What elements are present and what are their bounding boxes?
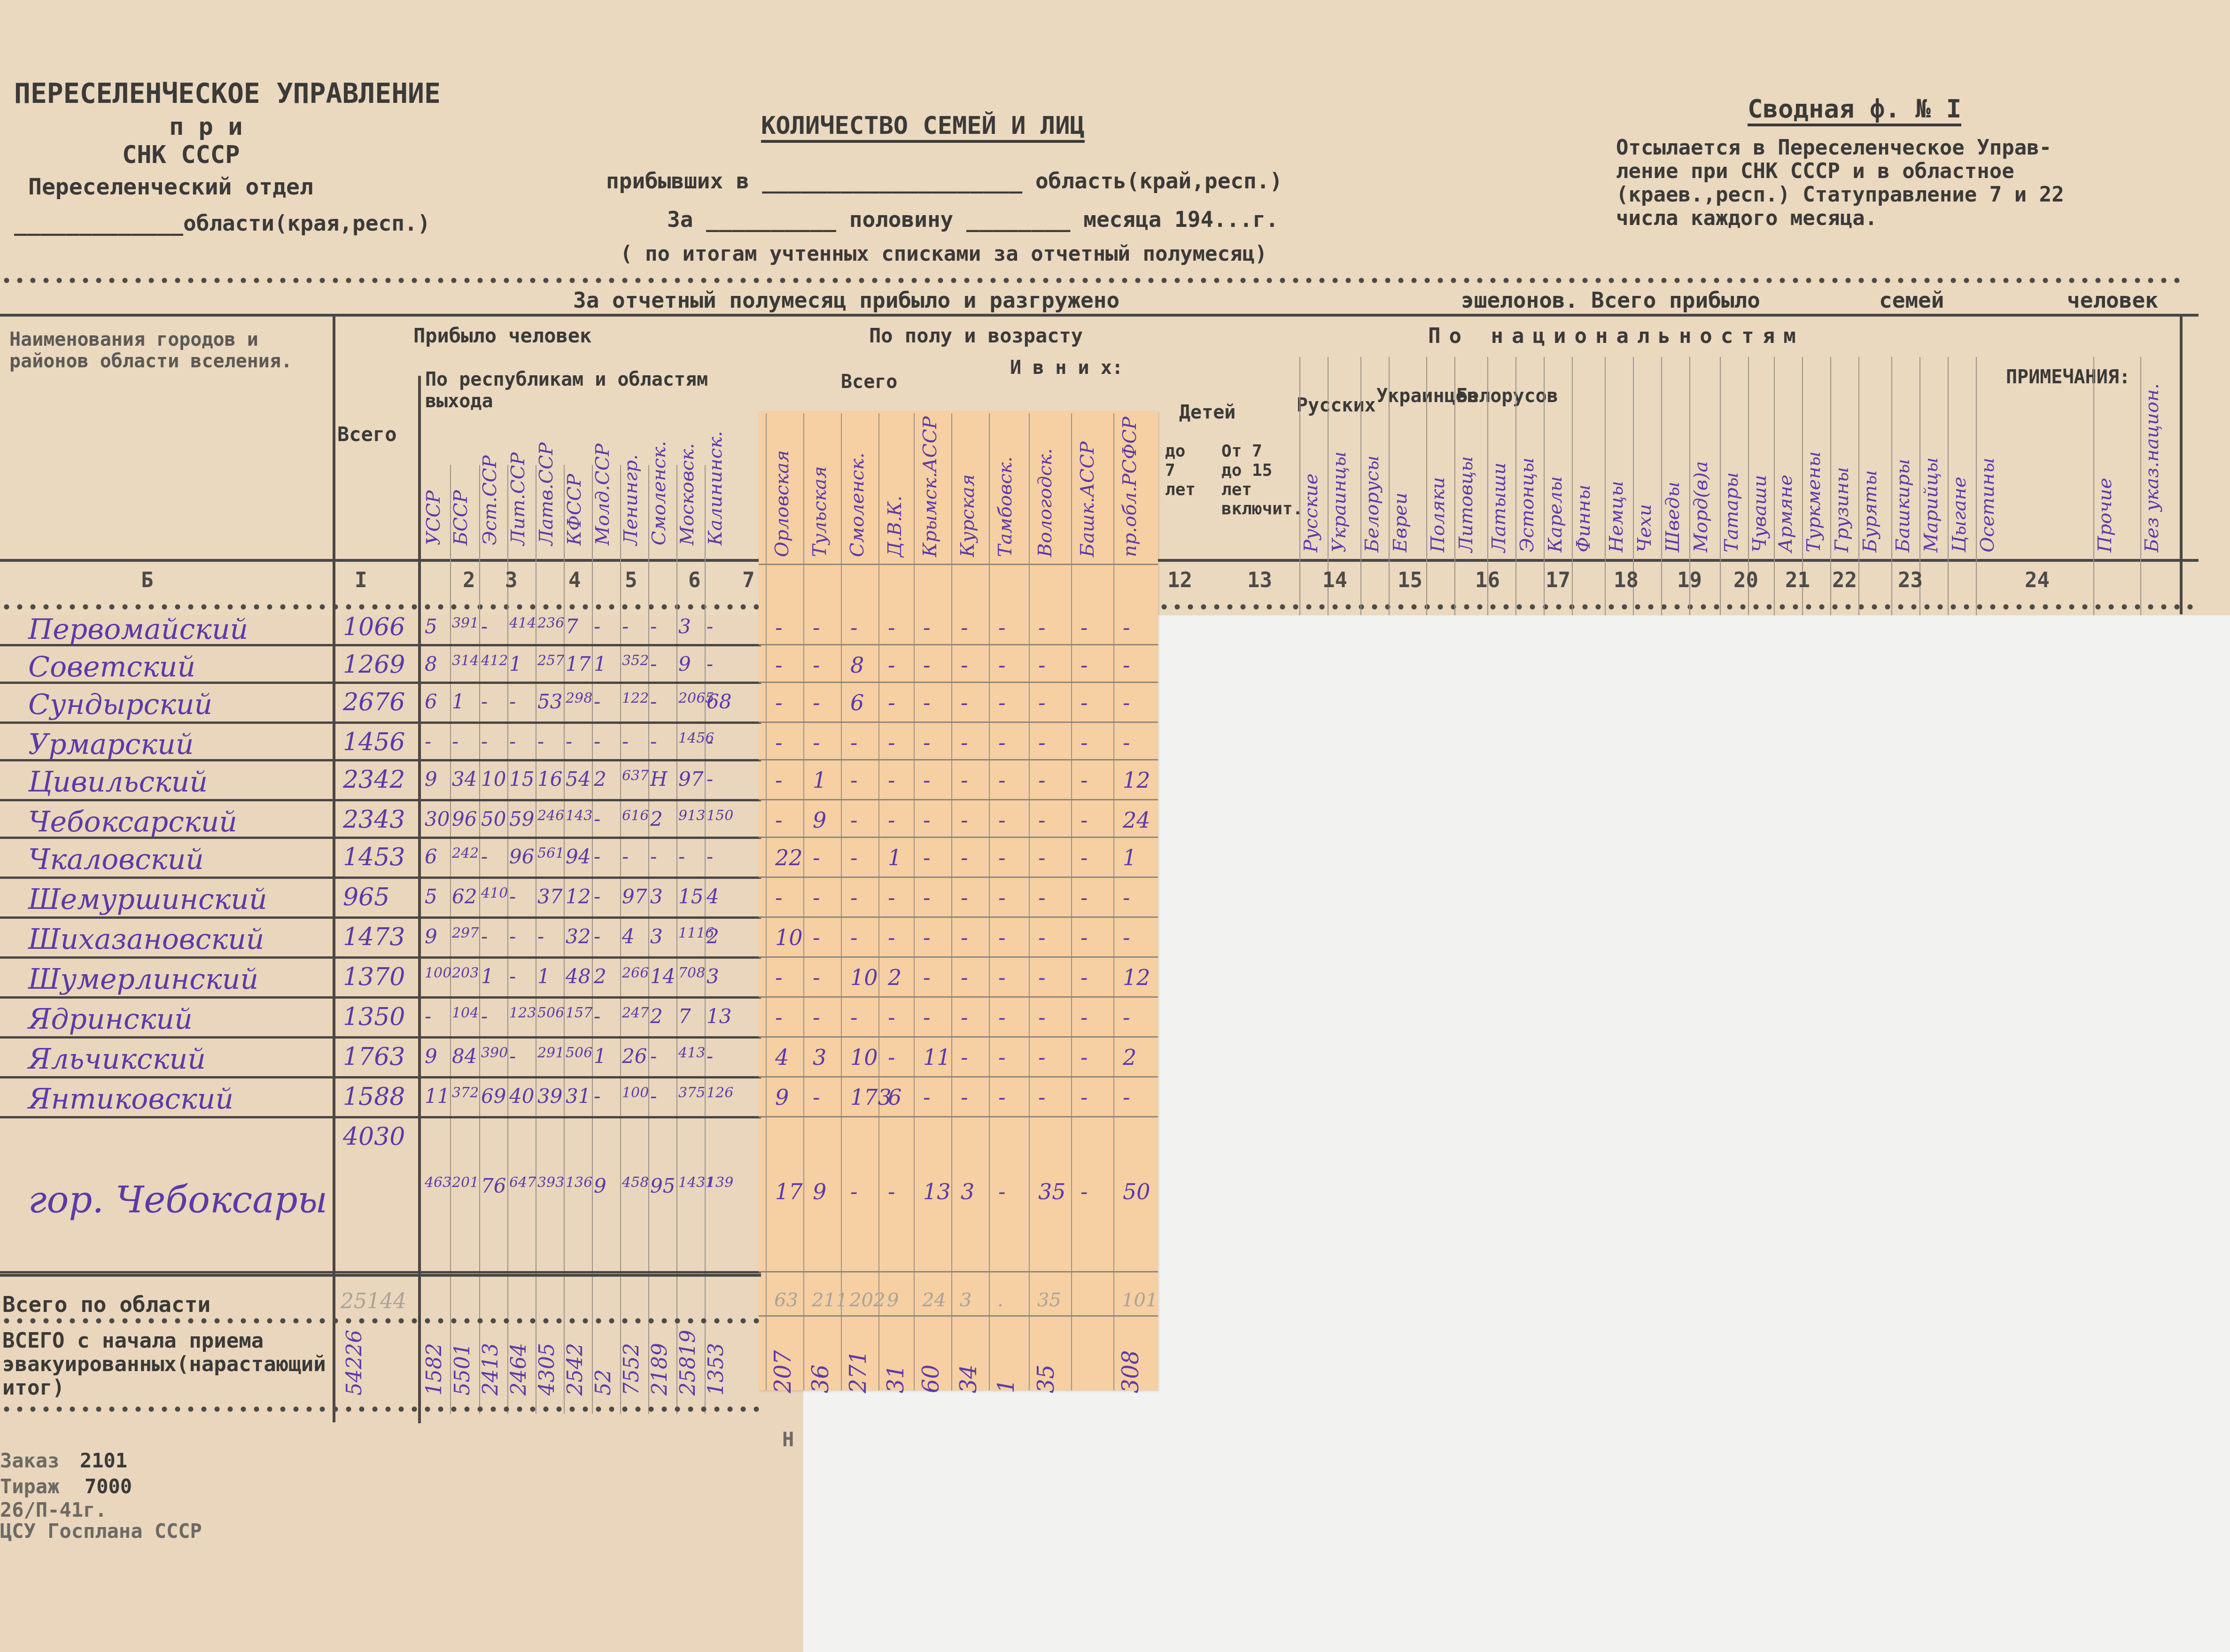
republic-value: - [678, 845, 685, 868]
row-divider [759, 1315, 1158, 1317]
insert-value: - [1080, 1045, 1088, 1070]
insert-value: - [888, 690, 895, 715]
column-number: 16 [1475, 568, 1500, 592]
republic-value: 68 [707, 690, 731, 713]
district-name: Шумерлинский [28, 963, 258, 996]
insert-value: - [888, 730, 895, 755]
republic-value: 136 [566, 1174, 592, 1191]
partial-label: Н [782, 1428, 794, 1451]
insert-value: - [1080, 845, 1088, 870]
republic-value: 314 [452, 652, 479, 669]
insert-value: - [775, 768, 783, 793]
republic-value: 506 [566, 1045, 592, 1061]
district-name: гор. Чебоксары [28, 1179, 327, 1221]
region-total-insert-pencil: 9 [887, 1289, 899, 1311]
by-sex-age-header: По полу и возрасту [869, 324, 1083, 347]
republic-value: 2 [594, 768, 606, 791]
nationality-column-header: Эстонцы [1516, 458, 1538, 552]
cumulative-value: 25819 [676, 1330, 700, 1396]
republic-value: 246 [537, 807, 564, 824]
republic-value: - [425, 1005, 431, 1028]
insert-value: - [850, 615, 858, 640]
cumulative-insert-value: 1 [993, 1379, 1019, 1393]
nationality-column-header: Евреи [1390, 492, 1411, 552]
republic-column-header: Калининск. [705, 431, 726, 546]
insert-value: - [888, 652, 895, 678]
column-number: 12 [1167, 568, 1192, 592]
insert-value: - [961, 1085, 968, 1110]
republic-value: 32 [566, 925, 591, 948]
column-number: 22 [1832, 568, 1857, 592]
district-name: Чебоксарский [28, 806, 237, 838]
insert-value: - [813, 925, 820, 950]
nationality-column-header: Финны [1573, 485, 1594, 552]
republic-value: - [707, 845, 713, 868]
republic-value: 100 [425, 965, 451, 981]
nationality-column-header: Грузины [1831, 467, 1853, 552]
republic-value: 257 [537, 652, 564, 669]
republic-value: 40 [509, 1085, 534, 1108]
republic-value: 100 [622, 1085, 649, 1101]
row-total: 1456 [343, 728, 405, 756]
insert-value: 1 [813, 768, 826, 793]
republic-value: 7 [678, 1005, 691, 1028]
republic-value: - [622, 615, 629, 638]
insert-value: - [888, 615, 895, 640]
insert-value: - [888, 1045, 895, 1070]
of-them-header: И в н и х: [1010, 357, 1123, 379]
insert-value: - [775, 690, 783, 715]
nationality-column-header: Татары [1721, 473, 1742, 553]
column-number: 19 [1677, 568, 1702, 592]
insert-value: 24 [1123, 807, 1150, 833]
insert-value: 8 [850, 652, 864, 678]
republic-value: 3 [678, 615, 691, 638]
insert-value: - [1080, 690, 1088, 715]
insert-column-header: пр.обл.РСФСР [1119, 417, 1141, 557]
insert-value: - [1123, 885, 1130, 910]
republic-column-header: УССР [423, 490, 444, 545]
republic-value: - [452, 730, 458, 753]
table-row: Цивильский2342934101516542637H97--1-----… [0, 761, 1158, 801]
district-name: Цивильский [28, 766, 208, 799]
republic-value: 30 [425, 807, 450, 830]
insert-value: 12 [1123, 768, 1150, 793]
republic-value: 637 [622, 768, 649, 784]
summary-line-b: эшелонов. Всего прибыло [1461, 287, 1760, 313]
nat-russian-header: Русских [1297, 395, 1334, 416]
republic-value: 37 [537, 885, 562, 908]
republic-value: 4 [622, 925, 635, 948]
table-right-border [2180, 314, 2183, 614]
insert-value: - [775, 807, 783, 833]
dept-region: _____________области(края,респ.) [14, 210, 430, 236]
region-total-label: Всего по области [2, 1292, 210, 1317]
col-divider [1948, 357, 1949, 615]
table-row: Урмарский1456---------1456----------- [0, 723, 1158, 761]
insert-value: 9 [813, 1179, 826, 1204]
column-number: 5 [625, 568, 637, 592]
republic-value: 372 [452, 1085, 479, 1101]
republic-value: 15 [678, 885, 703, 908]
republic-value: 561 [537, 845, 564, 861]
republic-column-header: Ленингр. [620, 454, 642, 545]
form-name: Сводная ф. № I [1748, 94, 1961, 126]
insert-column-header: Башк.АССР [1077, 442, 1098, 557]
col-divider [1605, 357, 1606, 615]
insert-value: - [850, 885, 858, 910]
insert-value: - [961, 1005, 968, 1030]
republic-value: - [509, 730, 516, 753]
republic-value: 375 [678, 1085, 705, 1101]
cumulative-value: 2464 [507, 1343, 531, 1396]
order-label: Заказ [0, 1449, 59, 1472]
insert-value: - [1080, 615, 1088, 640]
republic-value: 76 [481, 1174, 506, 1197]
insert-value: - [923, 652, 931, 678]
insert-value: - [1123, 1085, 1130, 1110]
republic-column-header: Московск. [676, 443, 698, 545]
republic-value: 298 [566, 690, 592, 706]
insert-value: - [923, 768, 931, 793]
col-divider [1299, 357, 1300, 615]
republic-value: 616 [622, 807, 649, 824]
table-row: Янтиковский15881137269403931-100-3751269… [0, 1078, 1158, 1118]
insert-value: - [923, 730, 931, 755]
republic-value: - [707, 652, 713, 675]
table-row: Ядринский1350-104-123506157-2472713-----… [0, 998, 1158, 1038]
insert-value: 4 [775, 1045, 789, 1070]
column-number: 3 [505, 568, 518, 592]
republic-value: - [509, 925, 516, 948]
row-total: 4030 [343, 1123, 405, 1151]
white-backing-sheet-bottom [803, 1390, 1158, 1652]
col-divider [2093, 357, 2094, 615]
district-name: Сундырский [28, 688, 212, 721]
nationality-column-header: Шведы [1662, 481, 1684, 552]
republic-value: 9 [594, 1174, 606, 1197]
col-divider [1454, 357, 1455, 615]
republic-value: - [566, 730, 572, 753]
column-number: 24 [2025, 568, 2050, 592]
republic-value: 31 [566, 1085, 591, 1108]
row-total: 1066 [343, 613, 405, 641]
nationality-column-header: Карелы [1545, 476, 1566, 552]
republic-value: 4 [707, 885, 719, 908]
region-total-insert-pencil: 35 [1037, 1289, 1061, 1311]
dotted-rule [0, 277, 2184, 284]
nat-ukrainian-header: Украинцев [1376, 385, 1419, 407]
republic-value: 143 [566, 807, 592, 824]
nationality-column-header: Буряты [1859, 470, 1881, 552]
insert-value: - [1123, 690, 1130, 715]
region-total-insert-pencil: 211 [812, 1289, 847, 1311]
print-run-value: 7000 [85, 1475, 132, 1498]
insert-value: - [1123, 615, 1130, 640]
republic-value: - [650, 615, 657, 638]
republic-value: 390 [481, 1045, 508, 1061]
insert-value: - [775, 965, 783, 990]
nationality-column-header: Украинцы [1329, 451, 1350, 552]
table-row: Шумерлинский13701002031-1482266147083--1… [0, 958, 1158, 998]
republic-value: 10 [481, 768, 506, 791]
republic-value: 410 [481, 885, 508, 901]
insert-value: - [998, 730, 1006, 755]
republic-value: 1 [481, 965, 494, 988]
insert-value: - [850, 807, 858, 833]
column-number: I [355, 568, 367, 592]
insert-value: - [923, 615, 931, 640]
republic-value: 157 [566, 1005, 592, 1021]
republic-value: - [594, 1005, 600, 1028]
column-number: Б [141, 568, 154, 592]
insert-value: - [850, 1005, 858, 1030]
column-number: 7 [742, 568, 755, 592]
col-divider [1891, 357, 1892, 615]
col-divider [1976, 357, 1977, 615]
insert-value: 9 [813, 807, 826, 833]
row-total: 1350 [343, 1003, 405, 1031]
insert-value: 35 [1038, 1179, 1066, 1204]
row-total: 2343 [343, 806, 405, 834]
cumulative-value: 4305 [535, 1343, 559, 1396]
republic-value: 1 [537, 965, 550, 988]
district-name: Яльчикский [28, 1043, 206, 1076]
insert-value: - [998, 768, 1006, 793]
insert-value: - [888, 807, 895, 833]
by-nationality-header: По национальностям [1428, 324, 1804, 348]
republic-value: H [650, 768, 668, 791]
insert-value: - [813, 965, 820, 990]
republic-value: - [622, 845, 629, 868]
insert-value: 22 [775, 845, 803, 870]
insert-value: - [961, 768, 968, 793]
republic-value: 203 [452, 965, 479, 981]
republic-value: - [650, 652, 657, 675]
total-header: Всего [337, 423, 396, 446]
insert-value: - [1123, 925, 1130, 950]
order-value: 2101 [80, 1449, 127, 1472]
republic-value: - [707, 1045, 713, 1068]
dept-name: Переселенческий отдел [28, 174, 313, 200]
col-divider [2140, 357, 2141, 615]
insert-value: - [961, 615, 968, 640]
insert-value: - [888, 925, 895, 950]
nationality-column-header: Латыши [1488, 463, 1510, 552]
insert-value: - [923, 885, 931, 910]
republic-value: 266 [622, 965, 649, 981]
insert-value: 1 [888, 845, 901, 870]
column-number: 6 [688, 568, 701, 592]
insert-value: - [1038, 730, 1046, 755]
insert-value: - [1038, 652, 1046, 678]
insert-value: - [961, 730, 968, 755]
insert-value: 12 [1123, 965, 1150, 990]
nationality-column-header: Осетины [1977, 458, 1998, 552]
cumulative-value: 2413 [479, 1343, 503, 1396]
by-republic-header: По республикам и областям выхода [425, 369, 763, 412]
republic-value: 708 [678, 965, 705, 981]
insert-value: - [888, 768, 895, 793]
print-run-label: Тираж [0, 1475, 59, 1498]
republic-value: 413 [678, 1045, 705, 1061]
republic-value: 9 [425, 925, 437, 948]
insert-value: - [1080, 652, 1088, 678]
republic-value: - [650, 845, 657, 868]
col-divider [1661, 357, 1662, 615]
republic-value: 104 [452, 1005, 479, 1021]
insert-value: - [1080, 768, 1088, 793]
insert-value: 3 [813, 1045, 826, 1070]
nationality-column-header: Русские [1300, 473, 1322, 552]
summary-line-a: За отчетный полумесяц прибыло и разгруже… [573, 287, 1119, 313]
district-name: Янтиковский [28, 1083, 233, 1116]
insert-value: - [775, 730, 783, 755]
row-total: 2676 [343, 688, 405, 716]
republic-value: 122 [622, 690, 649, 706]
republic-value: 2 [594, 965, 606, 988]
nationality-column-header: Морд(в)а [1690, 461, 1712, 552]
col-divider [1360, 357, 1361, 615]
insert-value: - [1080, 1179, 1088, 1204]
basis-line: ( по итогам учтенных списками за отчетны… [620, 242, 1267, 266]
republic-value: 7 [566, 615, 578, 638]
column-number: 4 [568, 568, 581, 592]
republic-value: 242 [452, 845, 479, 861]
table-row: Чебоксарский234330965059246143-616291315… [0, 801, 1158, 838]
republic-value: 647 [509, 1174, 536, 1191]
republic-value: 391 [452, 615, 479, 631]
republic-value: - [594, 885, 600, 908]
insert-value: - [813, 730, 820, 755]
insert-value: - [1038, 1045, 1046, 1070]
republic-value: 59 [509, 807, 534, 830]
nationality-column-header: Без указ.национ. [2141, 383, 2163, 552]
republic-value: 15 [509, 768, 534, 791]
table-row: Советский126983144121257171352-9---8----… [0, 646, 1158, 683]
cumulative-insert-value: 207 [770, 1350, 796, 1393]
republic-value: 96 [452, 807, 477, 830]
republic-value: 393 [537, 1174, 564, 1191]
table-row: Чкаловский14536242-9656194-----22--1----… [0, 838, 1158, 878]
column-number: 14 [1322, 568, 1347, 592]
nationality-column-header: Поляки [1427, 477, 1449, 552]
republic-value: 150 [707, 807, 733, 824]
insert-value: - [998, 1005, 1006, 1030]
insert-value: - [1038, 615, 1046, 640]
org-name: ПЕРЕСЕЛЕНЧЕСКОЕ УПРАВЛЕНИЕ [14, 78, 441, 109]
insert-value: - [1080, 1005, 1088, 1030]
district-name: Шемуршинский [28, 883, 267, 916]
republic-value: 16 [537, 768, 562, 791]
arrived-header: Прибыло человек [413, 324, 591, 347]
insert-value: - [961, 690, 968, 715]
cumulative-label: ВСЕГО с начала приема эвакуированных(нар… [2, 1329, 326, 1400]
column-number: 15 [1398, 568, 1422, 592]
insert-value: - [961, 1045, 968, 1070]
cumulative-value: 2542 [563, 1343, 587, 1396]
republic-value: - [594, 615, 600, 638]
republic-value: - [594, 730, 600, 753]
cumulative-insert-value: 35 [1033, 1365, 1059, 1393]
insert-value: - [850, 768, 858, 793]
insert-value: - [961, 965, 968, 990]
col-divider [1774, 357, 1775, 615]
insert-column-header: Крымск.АССР [919, 416, 941, 557]
row-total: 1763 [343, 1043, 405, 1071]
insert-value: - [813, 845, 820, 870]
insert-value: - [1038, 1085, 1046, 1110]
insert-value: 50 [1123, 1179, 1150, 1204]
table-row: Сундырский267661--53298-122-206568--6---… [0, 683, 1158, 723]
insert-column-header: Орловская [771, 450, 793, 557]
nationality-column-header: Литовцы [1455, 456, 1477, 552]
insert-value: - [1038, 925, 1046, 950]
col-divider [1389, 357, 1390, 615]
insert-value: - [775, 1005, 783, 1030]
insert-value: - [998, 845, 1006, 870]
republic-value: 8 [425, 652, 437, 675]
republic-value: - [707, 730, 713, 753]
insert-value: 3 [961, 1179, 974, 1204]
insert-value: - [1123, 1005, 1130, 1030]
insert-value: - [923, 1085, 931, 1110]
insert-value: - [1123, 730, 1130, 755]
col-divider [1544, 357, 1545, 615]
republic-value: 2 [650, 807, 663, 830]
republic-value: 297 [452, 925, 479, 941]
republic-value: 9 [678, 652, 691, 675]
republic-value: 352 [622, 652, 649, 669]
republic-value: - [509, 885, 516, 908]
republic-value: 9 [425, 768, 437, 791]
insert-value: 10 [850, 1045, 878, 1070]
row-total: 1588 [343, 1083, 405, 1111]
instruction-line: ление при СНК СССР и в областное [1616, 160, 2064, 183]
period-line: За __________ половину ________ месяца 1… [667, 207, 1279, 232]
republic-column-header: БССР [450, 490, 472, 545]
instruction-line: (краев.,респ.) Статуправление 7 и 22 [1616, 183, 2064, 207]
insert-value: - [998, 885, 1006, 910]
republic-value: 84 [452, 1045, 477, 1068]
dotted-rule [0, 1318, 761, 1324]
republic-value: - [509, 690, 516, 713]
republic-value: 1 [594, 1045, 606, 1068]
republic-value: 2 [707, 925, 719, 948]
republic-value: 506 [537, 1005, 564, 1021]
col-divider [1858, 357, 1859, 615]
insert-value: - [775, 615, 783, 640]
summary-people: человек [2067, 287, 2158, 313]
insert-column-header: Тульская [809, 466, 831, 557]
region-total-insert-pencil: . [997, 1289, 1003, 1311]
region-total-insert-pencil: 63 [774, 1289, 798, 1311]
cumulative-value: 1582 [422, 1343, 446, 1396]
nationality-column-header: Башкиры [1892, 459, 1914, 552]
insert-value: - [961, 845, 968, 870]
insert-value: - [813, 1005, 820, 1030]
republic-value: 50 [481, 807, 506, 830]
republic-value: - [650, 690, 657, 713]
column-number: 23 [1898, 568, 1923, 592]
district-name: Первомайский [28, 613, 248, 646]
republic-value: 13 [707, 1005, 731, 1028]
cumulative-value: 54226 [342, 1330, 366, 1396]
republic-value: - [650, 1045, 657, 1068]
instruction-line: числа каждого месяца. [1616, 207, 2064, 230]
republic-column-header: Смоленск. [648, 441, 670, 545]
cumulative-insert-value: 60 [918, 1365, 944, 1393]
